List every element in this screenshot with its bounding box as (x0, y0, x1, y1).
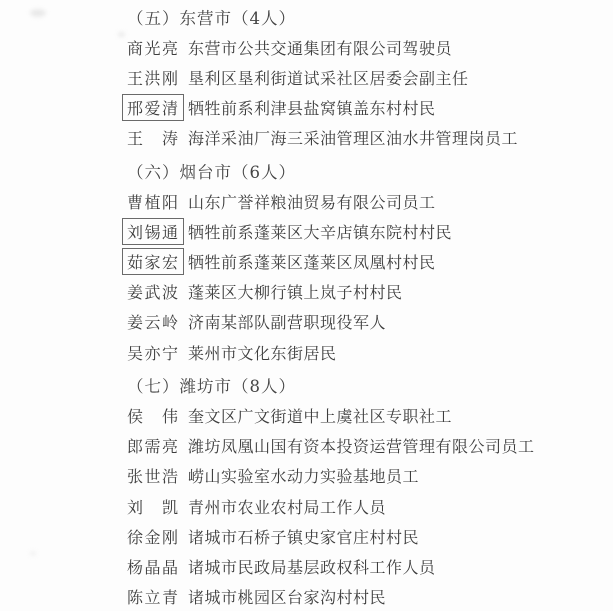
person-description: 奎文区广文街道中上虞社区专职社工 (188, 404, 452, 427)
person-description: 崂山实验室水动力实验基地员工 (188, 464, 419, 487)
person-name: 王洪刚 (127, 66, 180, 89)
person-description: 牺牲前系蓬莱区大辛店镇东院村村民 (188, 220, 452, 243)
person-description: 海洋采油厂海三采油管理区油水井管理岗员工 (188, 126, 518, 149)
person-row: 杨晶晶诸城市民政局基层政权科工作人员 (0, 551, 613, 581)
person-name-cell: 刘锡通 (127, 218, 188, 245)
person-name-cell: 张世浩 (127, 464, 188, 487)
person-row: 张世浩崂山实验室水动力实验基地员工 (0, 461, 613, 491)
person-name: 曹植阳 (127, 190, 180, 213)
person-name: 吴亦宁 (127, 341, 180, 364)
person-description: 牺牲前系利津县盐窝镇盖东村村民 (188, 96, 436, 119)
document-page: （五）东营市（4人）商光亮东营市公共交通集团有限公司驾驶员王洪刚垦利区垦利街道试… (0, 0, 613, 611)
person-description: 诸城市民政局基层政权科工作人员 (188, 555, 436, 578)
person-name-cell: 杨晶晶 (127, 555, 188, 578)
person-row: 王 涛海洋采油厂海三采油管理区油水井管理岗员工 (0, 123, 613, 153)
person-name: 商光亮 (127, 36, 180, 59)
person-description: 诸城市石桥子镇史家官庄村村民 (188, 525, 419, 548)
person-row: 商光亮东营市公共交通集团有限公司驾驶员 (0, 32, 613, 62)
person-row: 王洪刚垦利区垦利街道试采社区居委会副主任 (0, 62, 613, 92)
person-name-cell: 郎需亮 (127, 434, 188, 457)
person-name: 姜武波 (127, 280, 180, 303)
person-description: 诸城市桃园区台家沟村村民 (188, 585, 386, 608)
person-name: 王 涛 (127, 126, 180, 149)
person-name-cell: 王 涛 (127, 126, 188, 149)
person-name: 刘 凯 (127, 495, 180, 518)
person-row: 侯 伟奎文区广文街道中上虞社区专职社工 (0, 400, 613, 430)
person-row: 郎需亮潍坊凤凰山国有资本投资运营管理有限公司员工 (0, 431, 613, 461)
person-description: 潍坊凤凰山国有资本投资运营管理有限公司员工 (188, 434, 535, 457)
person-description: 蓬莱区大柳行镇上岚子村村民 (188, 280, 403, 303)
scan-smudge (30, 551, 36, 556)
person-name: 张世浩 (127, 464, 180, 487)
person-name-cell: 徐金刚 (127, 525, 188, 548)
person-name-cell: 吴亦宁 (127, 341, 188, 364)
person-name-cell: 刘 凯 (127, 495, 188, 518)
person-description: 青州市农业农村局工作人员 (188, 495, 386, 518)
section-header: （六）烟台市（6人） (0, 156, 613, 186)
honor-roll-list: （五）东营市（4人）商光亮东营市公共交通集团有限公司驾驶员王洪刚垦利区垦利街道试… (0, 2, 613, 611)
person-row: 刘锡通牺牲前系蓬莱区大辛店镇东院村村民 (0, 216, 613, 246)
person-row: 姜云岭济南某部队副营职现役军人 (0, 307, 613, 337)
person-row: 吴亦宁莱州市文化东街居民 (0, 337, 613, 367)
person-description: 牺牲前系蓬莱区蓬莱区凤凰村村民 (188, 250, 436, 273)
person-row: 陈立青诸城市桃园区台家沟村村民 (0, 582, 613, 611)
person-row: 徐金刚诸城市石桥子镇史家官庄村村民 (0, 521, 613, 551)
person-row: 姜武波蓬莱区大柳行镇上岚子村村民 (0, 277, 613, 307)
person-name: 侯 伟 (127, 404, 180, 427)
person-name: 陈立青 (127, 585, 180, 608)
person-name: 姜云岭 (127, 310, 180, 333)
person-name-cell: 茹家宏 (127, 248, 188, 275)
person-name-cell: 曹植阳 (127, 190, 188, 213)
person-name-cell: 姜武波 (127, 280, 188, 303)
person-name-cell: 商光亮 (127, 36, 188, 59)
person-description: 莱州市文化东街居民 (188, 341, 337, 364)
person-row: 邢爱清牺牲前系利津县盐窝镇盖东村村民 (0, 93, 613, 123)
section-header: （七）潍坊市（8人） (0, 370, 613, 400)
person-name-cell: 姜云岭 (127, 310, 188, 333)
person-description: 东营市公共交通集团有限公司驾驶员 (188, 36, 452, 59)
person-description: 山东广誉祥粮油贸易有限公司员工 (188, 190, 436, 213)
person-name-cell: 邢爱清 (127, 94, 188, 121)
person-name: 杨晶晶 (127, 555, 180, 578)
scan-smudge (118, 32, 125, 37)
person-name-cell: 侯 伟 (127, 404, 188, 427)
person-description: 济南某部队副营职现役军人 (188, 310, 386, 333)
scan-smudge (30, 9, 46, 17)
person-row: 刘 凯青州市农业农村局工作人员 (0, 491, 613, 521)
person-name-boxed: 刘锡通 (122, 218, 184, 245)
person-description: 垦利区垦利街道试采社区居委会副主任 (188, 66, 469, 89)
section-header: （五）东营市（4人） (0, 2, 613, 32)
person-row: 曹植阳山东广誉祥粮油贸易有限公司员工 (0, 186, 613, 216)
person-name-boxed: 邢爱清 (122, 94, 184, 121)
person-name: 郎需亮 (127, 434, 180, 457)
person-name-cell: 陈立青 (127, 585, 188, 608)
person-name-boxed: 茹家宏 (122, 248, 184, 275)
person-row: 茹家宏牺牲前系蓬莱区蓬莱区凤凰村村民 (0, 247, 613, 277)
person-name: 徐金刚 (127, 525, 180, 548)
person-name-cell: 王洪刚 (127, 66, 188, 89)
